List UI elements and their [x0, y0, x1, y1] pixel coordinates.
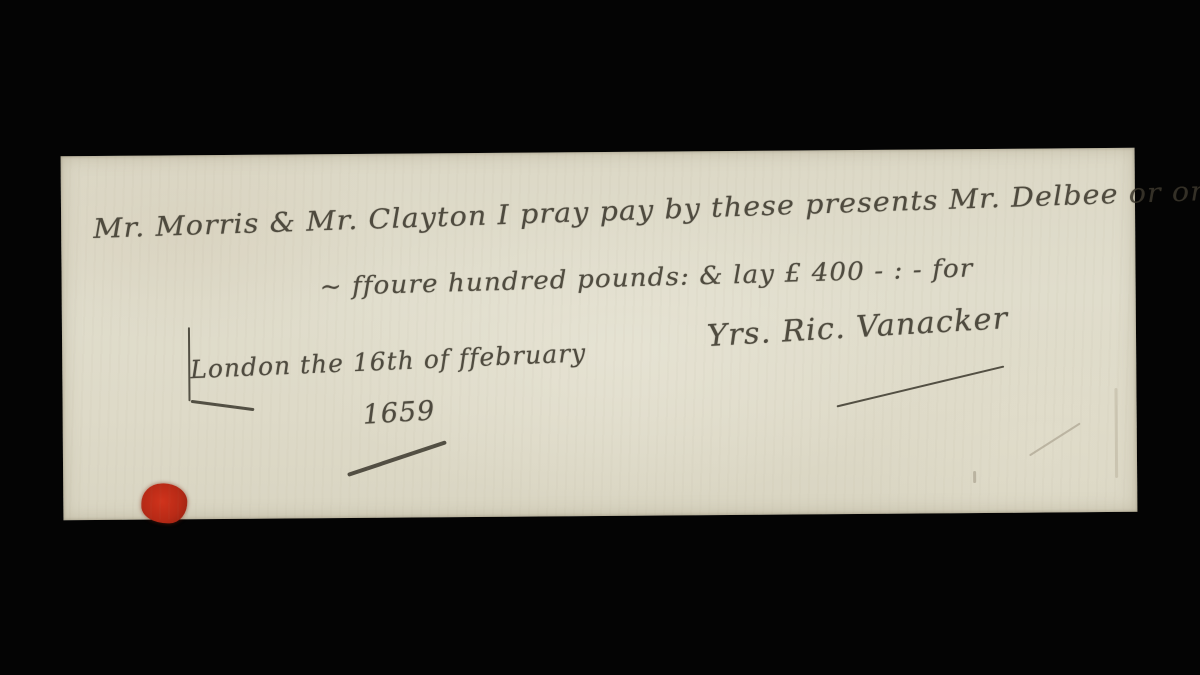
ink-stroke-under-year: [347, 440, 447, 477]
place-and-date: London the 16th of ffebruary: [190, 338, 587, 384]
year: 1659: [362, 395, 436, 430]
amount-line: ~ ffoure hundred pounds: & lay £ 400 - :…: [319, 253, 974, 301]
payee-instruction-line: Mr. Morris & Mr. Clayton I pray pay by t…: [93, 174, 1200, 245]
ink-stroke-under-signature: [837, 366, 1005, 408]
photo-stage: Mr. Morris & Mr. Clayton I pray pay by t…: [0, 0, 1200, 675]
ink-stroke-swash: [191, 400, 255, 411]
wax-seal: [141, 483, 187, 523]
faint-ink-mark: [1029, 422, 1081, 456]
paper-stain: [1114, 388, 1118, 478]
signature: Yrs. Ric. Vanacker: [706, 301, 1009, 354]
document-paper: Mr. Morris & Mr. Clayton I pray pay by t…: [61, 148, 1138, 520]
faint-ink-mark: [973, 471, 976, 483]
